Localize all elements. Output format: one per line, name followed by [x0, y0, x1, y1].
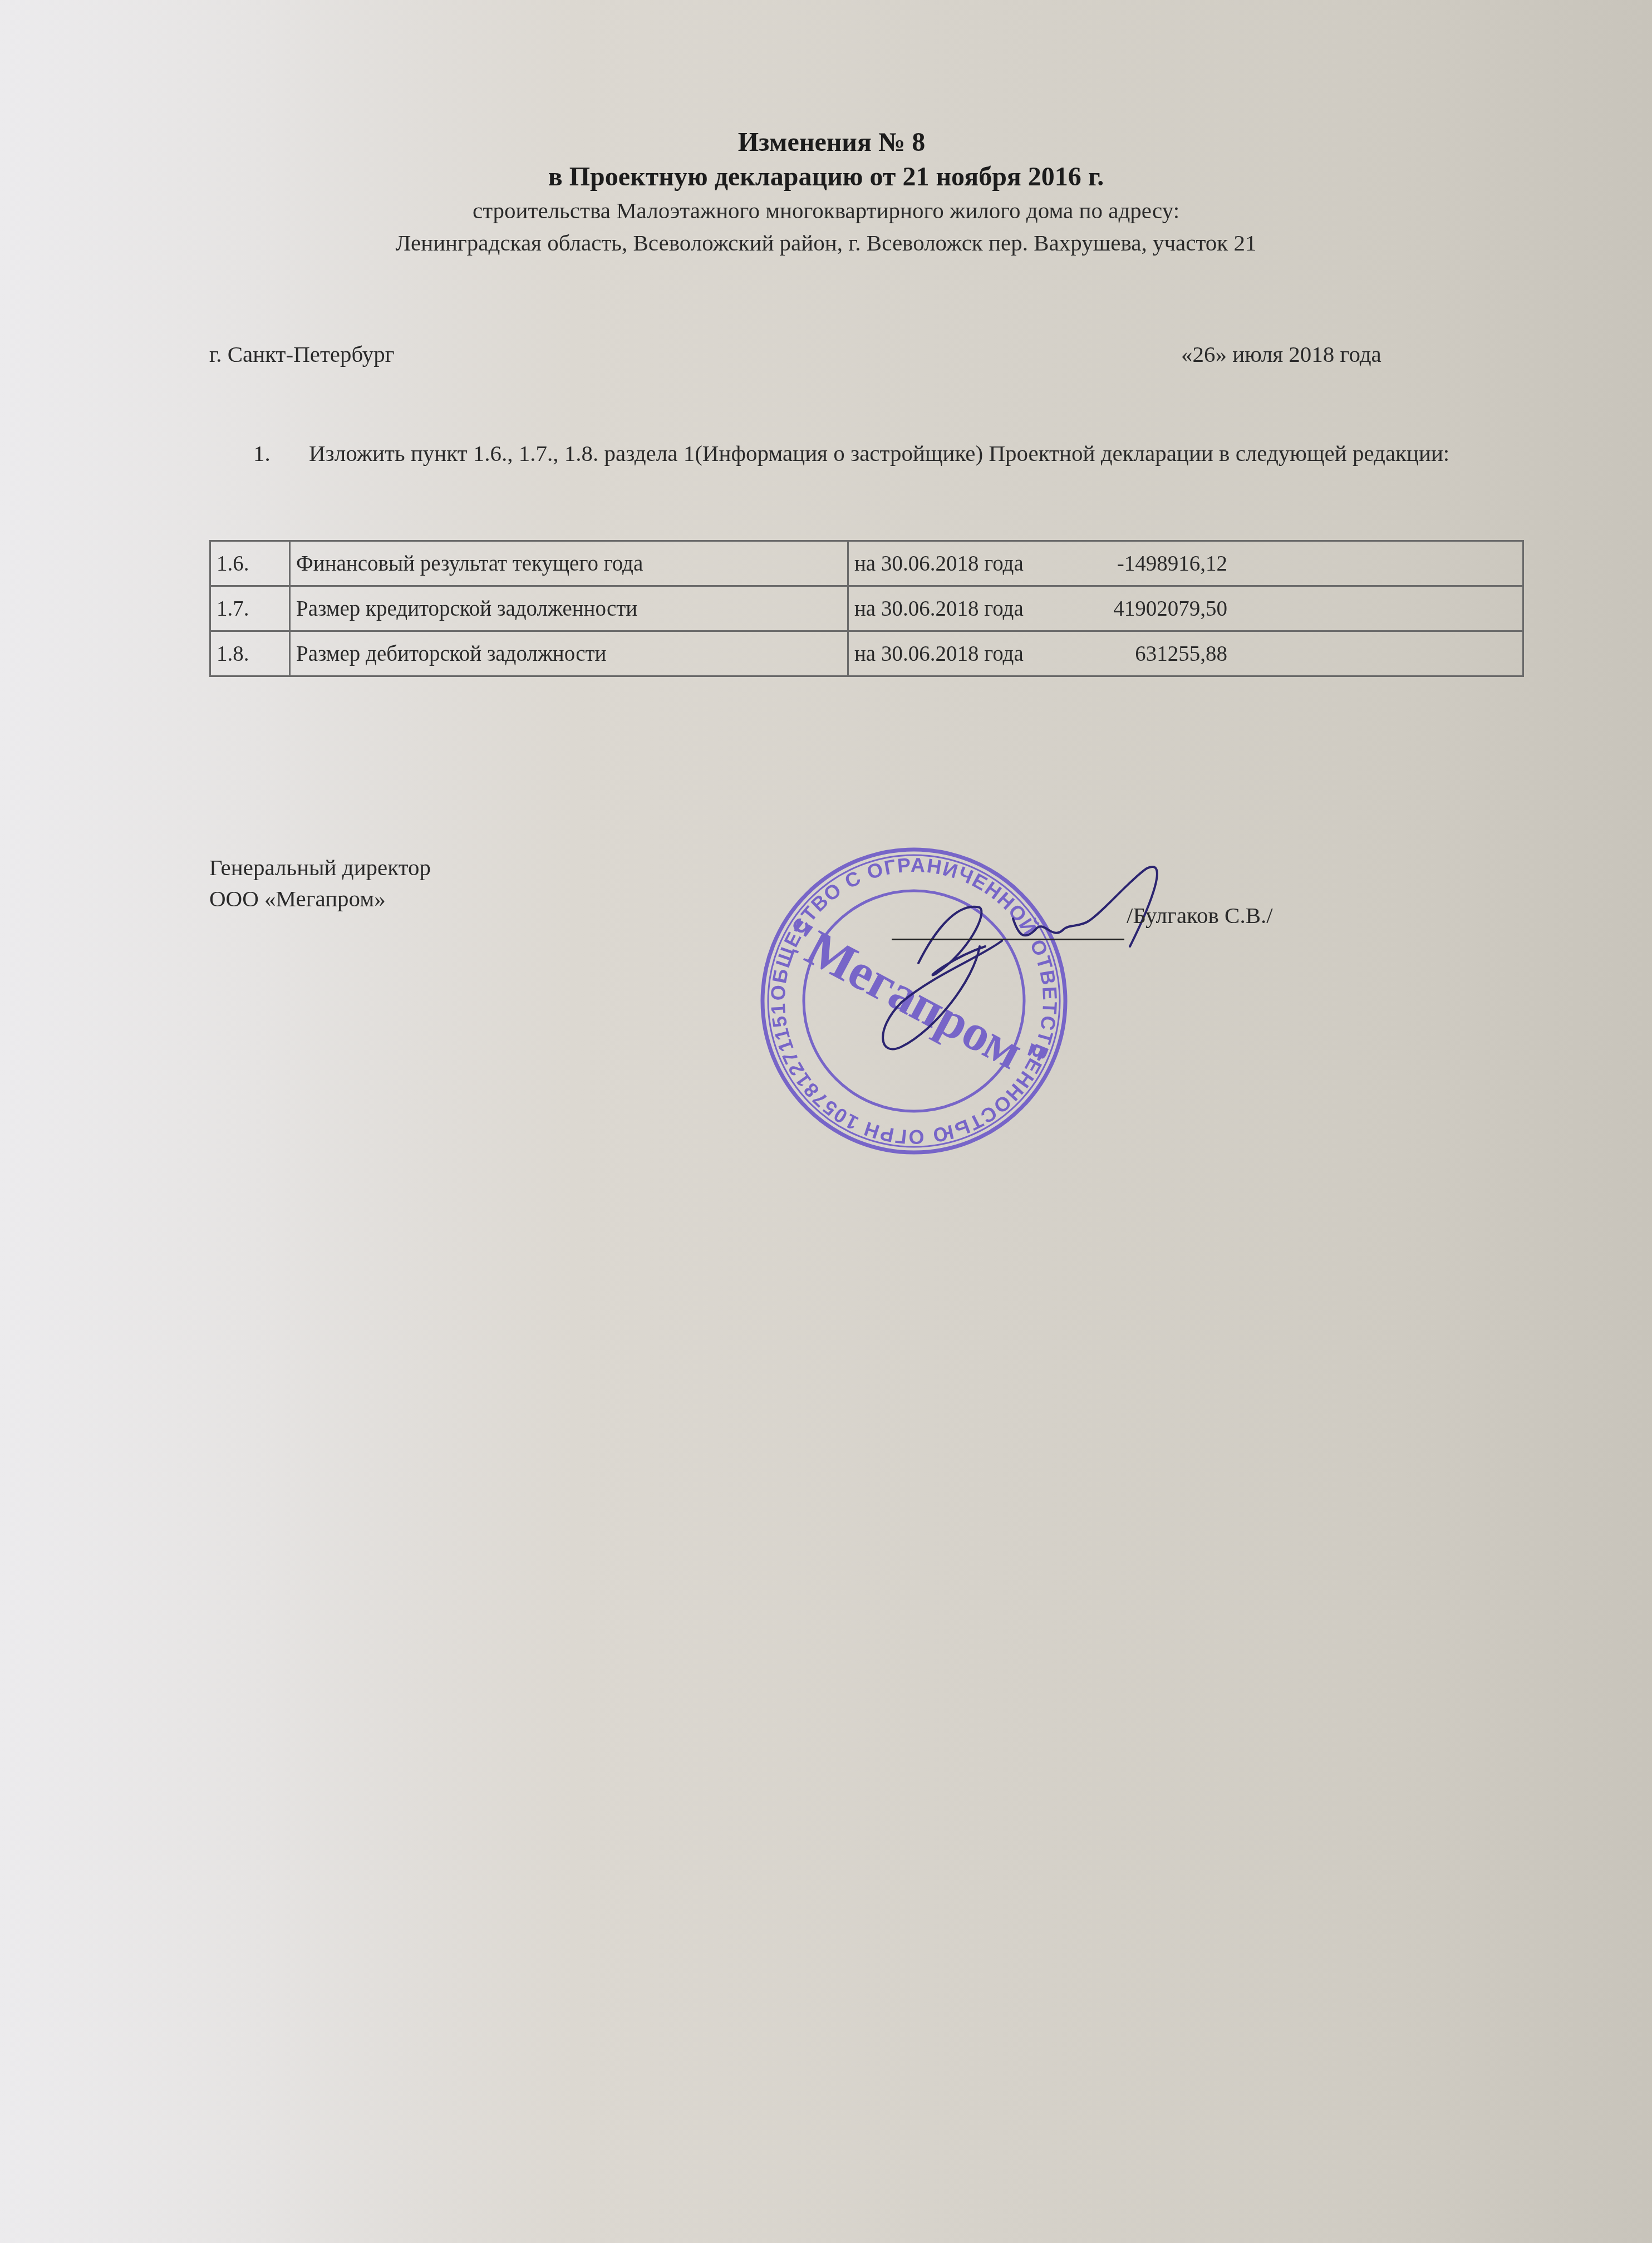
row-value: -1498916,12 — [1077, 551, 1227, 576]
table-row: 1.6.Финансовый результат текущего годана… — [210, 541, 1523, 586]
company-name: ООО «Мегапром» — [209, 883, 431, 914]
row-value-cell: на 30.06.2018 года631255,88 — [848, 631, 1523, 676]
place: г. Санкт-Петербург — [209, 341, 395, 367]
signatory-position: Генеральный директор ООО «Мегапром» — [209, 852, 431, 914]
financial-table: 1.6.Финансовый результат текущего годана… — [209, 540, 1524, 677]
row-name: Размер дебиторской задолжности — [290, 631, 848, 676]
document-title: Изменения № 8 — [11, 125, 1652, 160]
row-date: на 30.06.2018 года — [854, 551, 1077, 576]
signature-line — [892, 939, 1124, 940]
list-item-number: 1. — [253, 437, 309, 469]
row-code: 1.6. — [210, 541, 290, 586]
signature-handwritten — [868, 846, 1213, 1102]
subtitle-line-2: Ленинградская область, Всеволожский райо… — [0, 227, 1652, 259]
row-value: 41902079,50 — [1077, 596, 1227, 621]
row-date: на 30.06.2018 года — [854, 641, 1077, 666]
subtitle-line-1: строительства Малоэтажного многоквартирн… — [0, 194, 1652, 227]
signatory-name: /Булгаков С.В./ — [1127, 902, 1273, 929]
row-value-cell: на 30.06.2018 года41902079,50 — [848, 586, 1523, 631]
row-name: Финансовый результат текущего года — [290, 541, 848, 586]
row-value: 631255,88 — [1077, 641, 1227, 666]
row-value-cell: на 30.06.2018 года-1498916,12 — [848, 541, 1523, 586]
list-item-text: Изложить пункт 1.6., 1.7., 1.8. раздела … — [309, 437, 1528, 469]
header: Изменения № 8 в Проектную декларацию от … — [0, 125, 1652, 259]
row-name: Размер кредиторской задолженности — [290, 586, 848, 631]
document-title-sub: в Проектную декларацию от 21 ноября 2016… — [0, 160, 1652, 194]
document-page: Изменения № 8 в Проектную декларацию от … — [0, 0, 1652, 2243]
row-date: на 30.06.2018 года — [854, 596, 1077, 621]
table-row: 1.8.Размер дебиторской задолжностина 30.… — [210, 631, 1523, 676]
position-title: Генеральный директор — [209, 852, 431, 883]
row-code: 1.8. — [210, 631, 290, 676]
table-row: 1.7.Размер кредиторской задолженностина … — [210, 586, 1523, 631]
list-item: 1. Изложить пункт 1.6., 1.7., 1.8. разде… — [253, 437, 1528, 469]
row-code: 1.7. — [210, 586, 290, 631]
document-date: «26» июля 2018 года — [1181, 341, 1381, 367]
